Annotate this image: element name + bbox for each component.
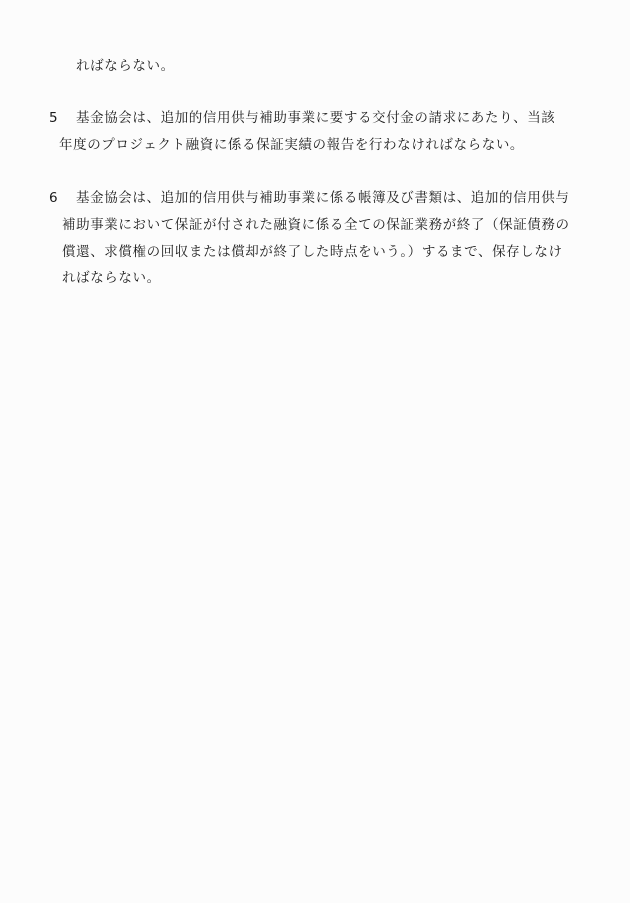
paragraph-line: ればならない。 <box>62 269 161 287</box>
paragraph-line: 基金協会は、追加的信用供与補助事業に要する交付金の請求にあたり、当該 <box>76 109 555 127</box>
paragraph-line: 年度のプロジェクト融資に係る保証実績の報告を行わなければならない。 <box>59 136 524 154</box>
paragraph-line: 償還、求償権の回収または償却が終了した時点をいう。）するまで、保存しなけ <box>62 243 563 261</box>
paragraph-number: 5 <box>49 109 58 127</box>
paragraph-number: 6 <box>49 189 58 207</box>
paragraph-line: 基金協会は、追加的信用供与補助事業に係る帳簿及び書類は、追加的信用供与 <box>76 189 570 207</box>
paragraph-line: 補助事業において保証が付された融資に係る全ての保証業務が終了（保証債務の <box>62 216 570 234</box>
carryover-line: ればならない。 <box>76 57 175 75</box>
